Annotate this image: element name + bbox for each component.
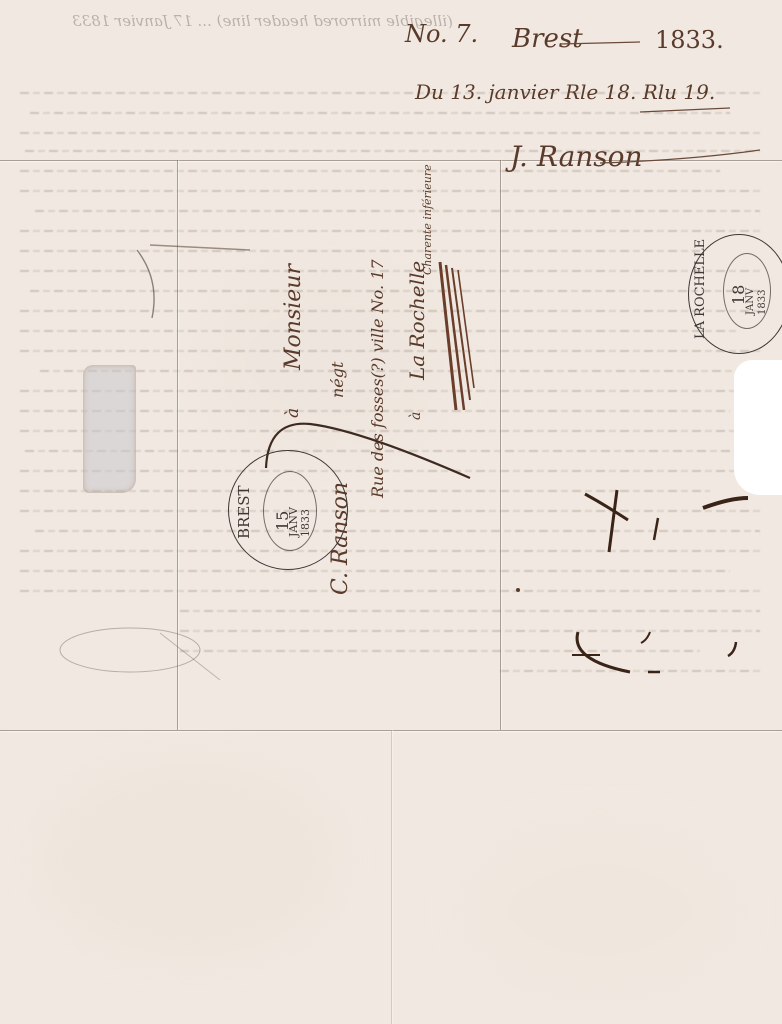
ink-strokes [0, 0, 782, 1024]
torn-edge [734, 360, 782, 495]
letter-sheet: (illegible mirrored header line) ... 17 … [0, 0, 782, 1024]
repair-patch [83, 365, 136, 493]
